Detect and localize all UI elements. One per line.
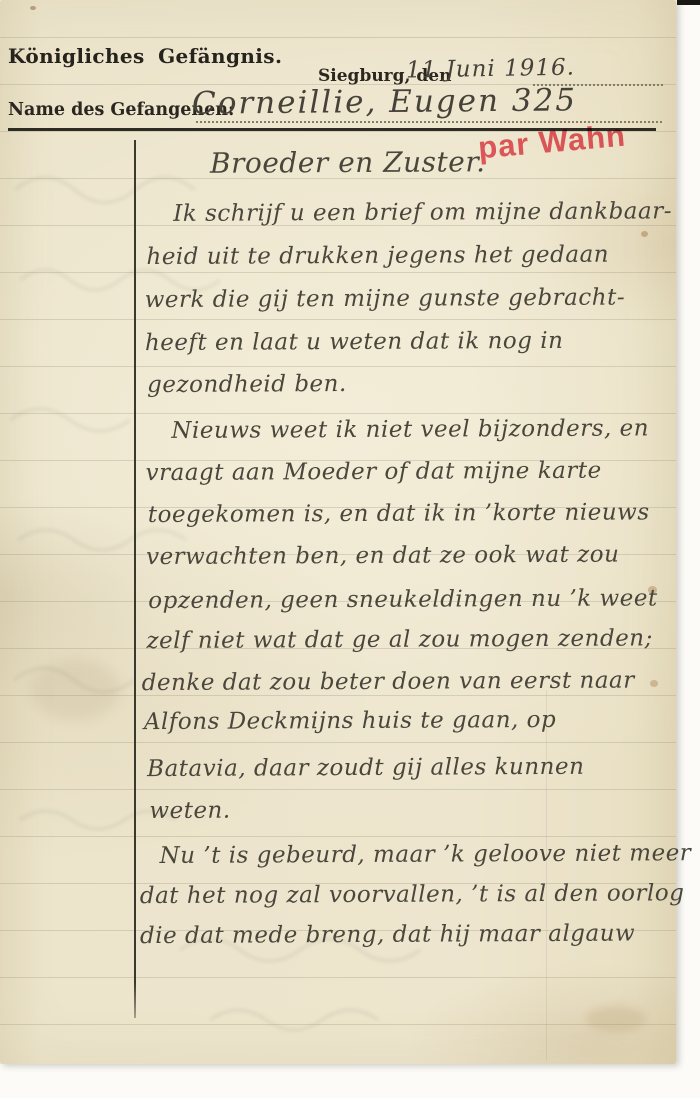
letter-line: die dat mede breng, dat hij maar algauw — [140, 921, 635, 950]
letter-line: vraagt aan Moeder of dat mijne karte — [146, 458, 602, 486]
scan-edge-mark — [677, 0, 700, 5]
letter-line: toegekomen is, en dat ik in ’korte nieuw… — [148, 499, 650, 528]
letter-line: heid uit te drukken jegens het gedaan — [146, 242, 609, 270]
letter-line: weten. — [149, 798, 230, 824]
scan-background: Königliches Gefängnis. Siegburg, den Nam… — [0, 0, 700, 1098]
letter-line: Ik schrijf u een brief om mijne dankbaar… — [173, 198, 672, 227]
letter-body: Broeder en Zuster. Ik schrijf u een brie… — [0, 0, 700, 1098]
letter-line: zelf niet wat dat ge al zou mogen zenden… — [146, 625, 652, 654]
letter-line: Alfons Deckmijns huis te gaan, op — [144, 707, 556, 735]
letter-line: gezondheid ben. — [147, 371, 347, 398]
letter-line: Nieuws weet ik niet veel bijzonders, en — [171, 415, 649, 444]
letter-line: opzenden, geen sneukeldingen nu ’k weet — [148, 585, 658, 614]
letter-line: denke dat zou beter doen van eerst naar — [142, 668, 635, 697]
letter-line: Batavia, daar zoudt gij alles kunnen — [147, 754, 584, 782]
letter-salutation: Broeder en Zuster. — [210, 145, 486, 179]
letter-line: verwachten ben, en dat ze ook wat zou — [146, 542, 620, 570]
letter-line: dat het nog zal voorvallen, ’t is al den… — [140, 880, 685, 909]
letter-line: Nu ’t is gebeurd, maar ’k geloove niet m… — [160, 840, 692, 869]
letter-line: heeft en laat u weten dat ik nog in — [145, 328, 564, 356]
letter-line: werk die gij ten mijne gunste gebracht- — [145, 285, 626, 314]
